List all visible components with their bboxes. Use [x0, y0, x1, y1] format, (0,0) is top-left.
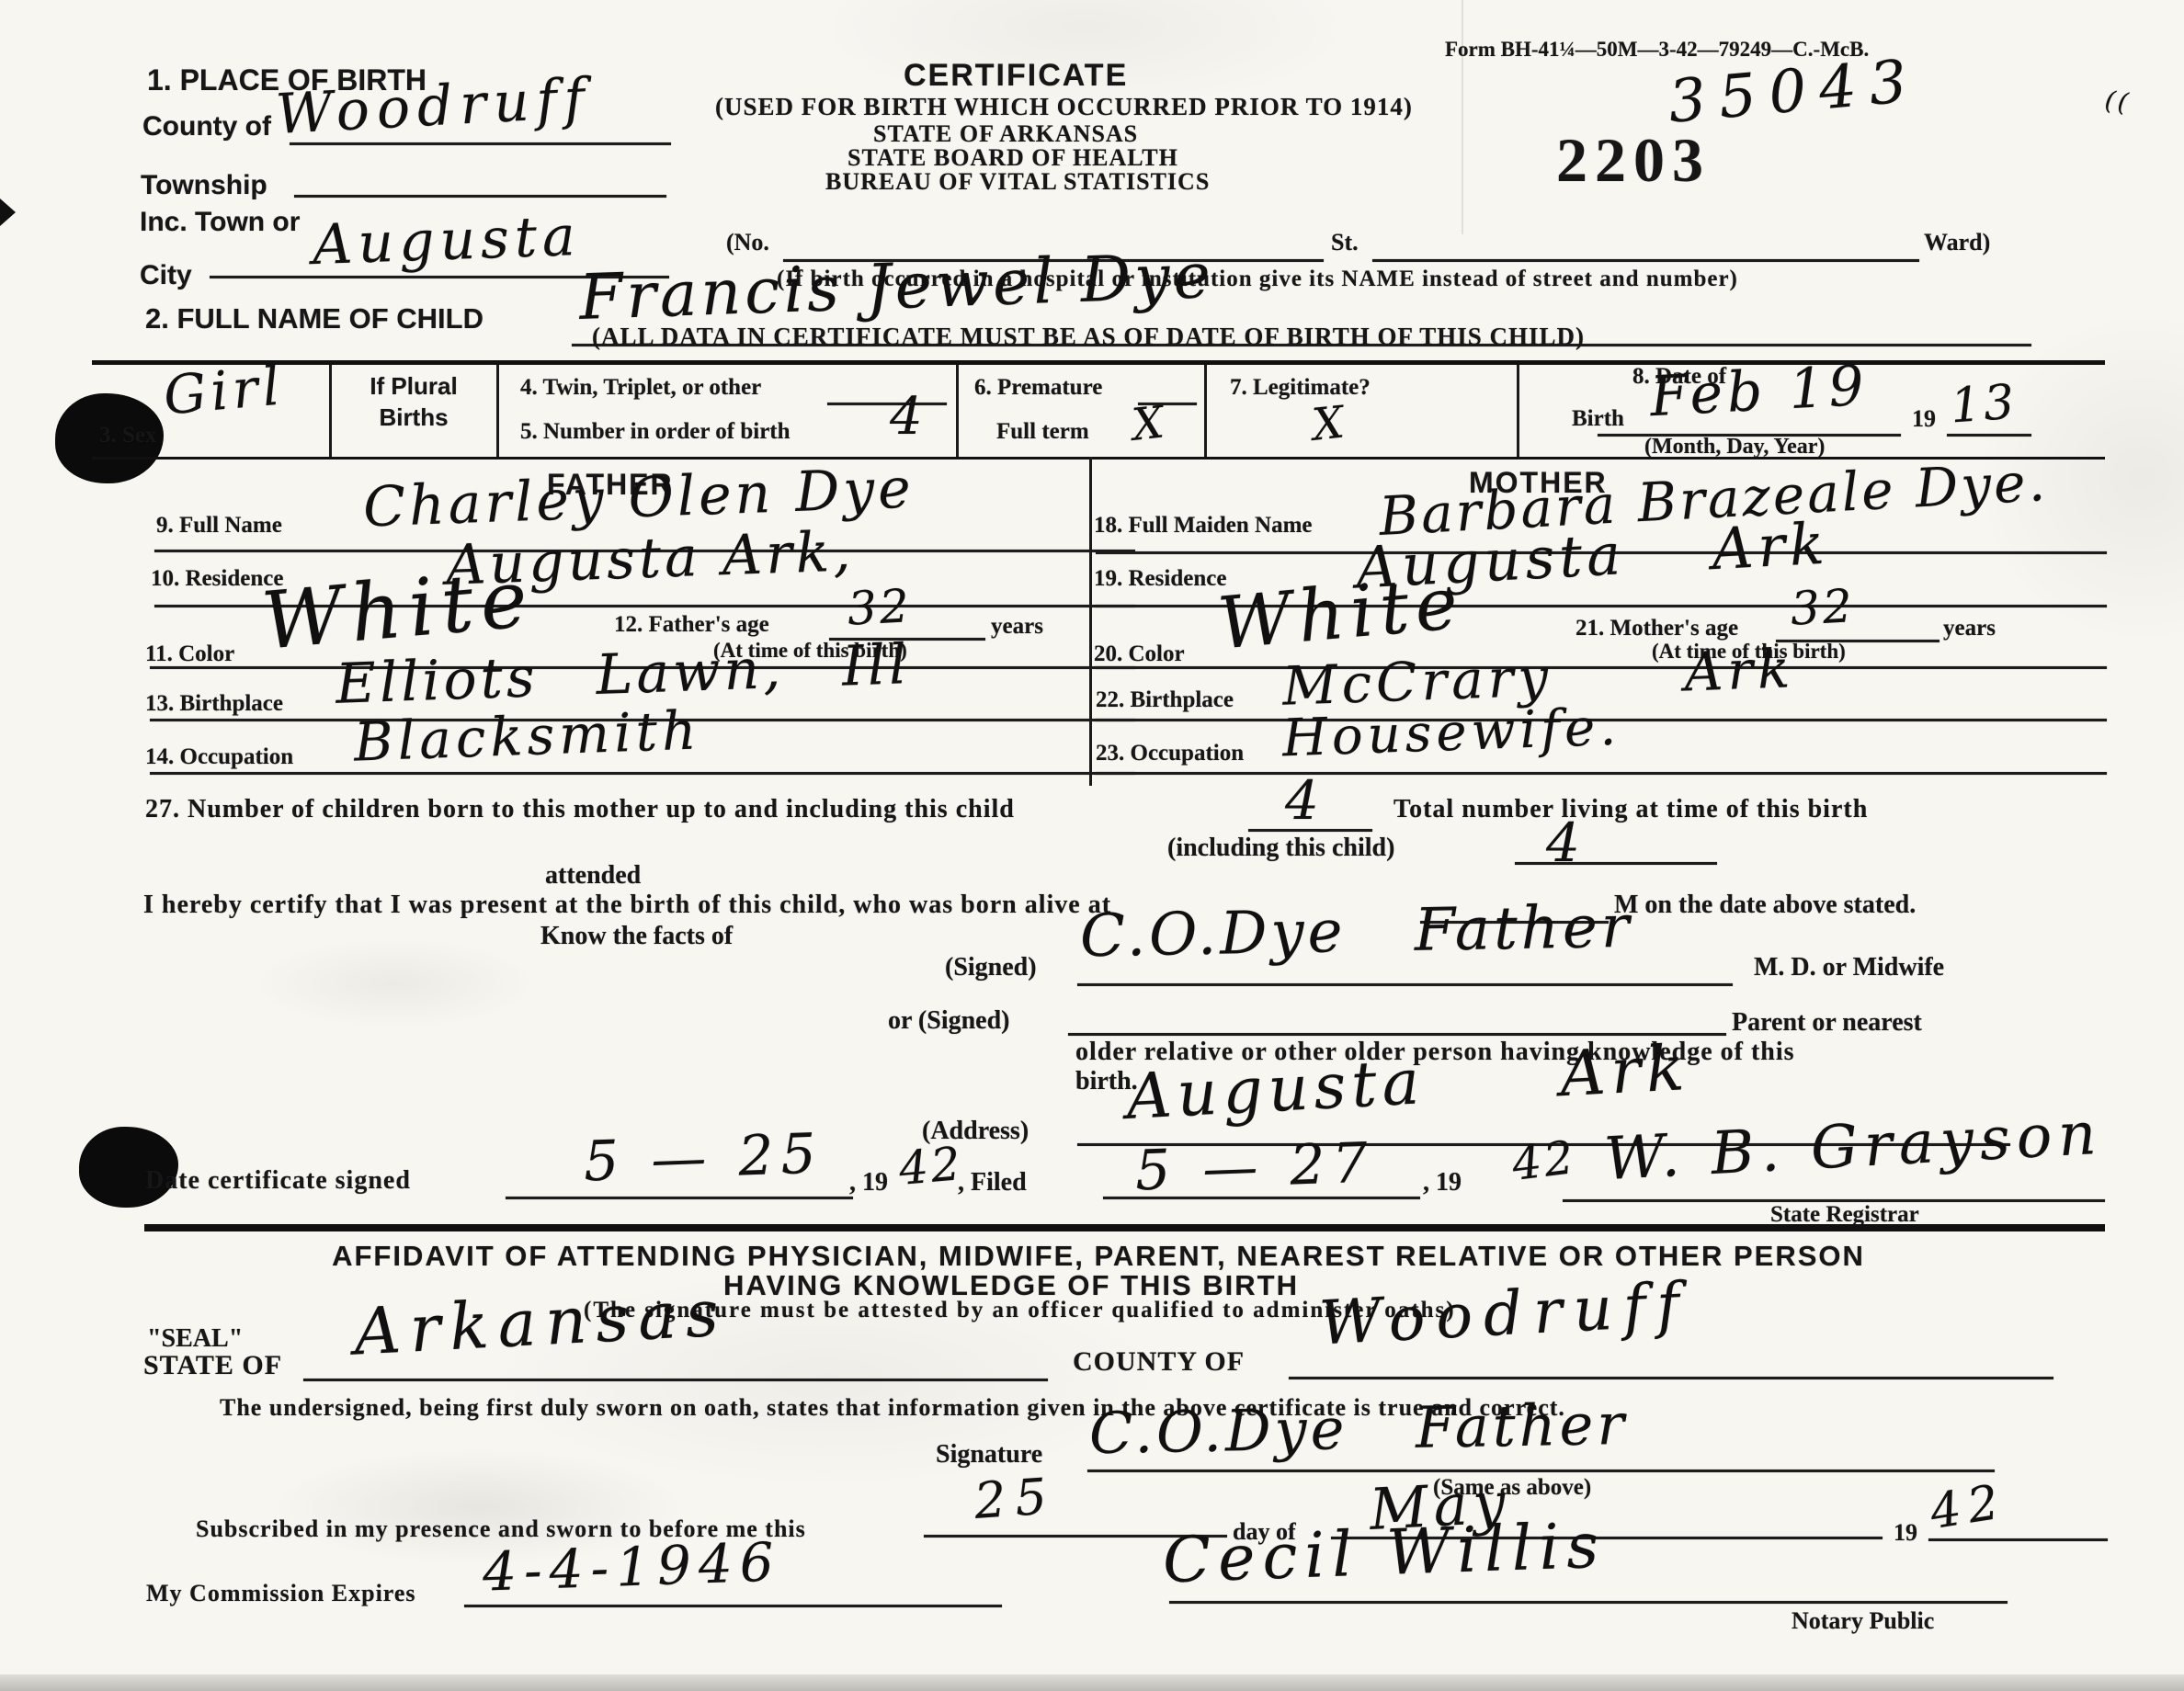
sex-value-handwritten: Girl	[162, 357, 287, 425]
affidavit-heading-line1: AFFIDAVIT OF ATTENDING PHYSICIAN, MIDWIF…	[147, 1241, 2050, 1271]
father-age-handwritten: 32	[847, 581, 913, 634]
filed-year-handwritten: 42	[1509, 1132, 1579, 1189]
children-count-underline	[1248, 829, 1372, 832]
child-name-handwritten: Francis Jewel Dye	[578, 243, 1215, 333]
birth-year-prefix: 19	[1912, 406, 1936, 432]
relative-note-line1: Parent or nearest	[1732, 1009, 1922, 1037]
subscribed-year-handwritten: 42	[1927, 1476, 2009, 1538]
filed-date-underline	[1103, 1197, 1420, 1199]
notary-signature-handwritten: Cecil Willis	[1162, 1513, 1607, 1595]
birth-order-value-handwritten: 4	[890, 390, 926, 445]
grid-cell-divider	[956, 365, 959, 457]
mother-color-label: 20. Color	[1094, 641, 1185, 666]
county-value-handwritten: Woodruff	[275, 69, 594, 145]
mother-age-handwritten: 32	[1790, 581, 1856, 634]
city-value-handwritten: Augusta	[312, 207, 582, 276]
children-count-handwritten: 4	[1285, 772, 1322, 830]
county-of-underline	[1289, 1377, 2053, 1379]
birth-year-handwritten: 13	[1949, 377, 2019, 433]
state-registrar-label: State Registrar	[1770, 1202, 1919, 1227]
full-term-label: Full term	[996, 419, 1089, 444]
date-signed-year-prefix: , 19	[849, 1169, 888, 1197]
grid-cell-divider	[496, 365, 499, 457]
filed-date-handwritten: 5 — 27	[1134, 1133, 1376, 1201]
premature-label: 6. Premature	[974, 375, 1102, 400]
child-name-label: 2. FULL NAME OF CHILD	[145, 303, 483, 334]
seal-label: "SEAL"	[147, 1325, 243, 1353]
affidavit-signature-handwritten: C.O.Dye Father	[1088, 1394, 1628, 1465]
affidavit-heavy-rule	[144, 1224, 2105, 1231]
scan-edge-arrow-mark	[0, 199, 16, 226]
or-signed-label: or (Signed)	[888, 1007, 1010, 1035]
mother-occupation-handwritten: Housewife.	[1281, 700, 1621, 767]
twin-triplet-label: 4. Twin, Triplet, or other	[520, 375, 761, 400]
certificate-stamp-number: 2203	[1556, 127, 1711, 194]
full-term-mark-handwritten: X	[1130, 399, 1168, 449]
plural-births-label-line1: If Plural	[333, 373, 495, 399]
legitimate-mark-handwritten: X	[1310, 399, 1348, 449]
all-data-note: (ALL DATA IN CERTIFICATE MUST BE AS OF D…	[592, 323, 1585, 350]
state-of-label: STATE OF	[143, 1351, 282, 1380]
twin-underline	[827, 403, 947, 405]
date-signed-year-handwritten: 42	[897, 1139, 965, 1194]
birth-certificate-scan: 1. PLACE OF BIRTH County of Woodruff Tow…	[0, 0, 2184, 1691]
father-occupation-label: 14. Occupation	[145, 744, 293, 769]
state-of-underline	[303, 1379, 1048, 1381]
mother-color-handwritten: White	[1215, 564, 1467, 663]
state-of-arkansas-line: STATE OF ARKANSAS	[873, 121, 1138, 147]
no-label: (No.	[726, 230, 769, 255]
parent-columns-divider	[1089, 457, 1092, 786]
children-count-label: 27. Number of children born to this moth…	[145, 796, 1015, 823]
date-signed-label: Date certificate signed	[145, 1167, 411, 1195]
birth-date-handwritten: Feb 19	[1648, 357, 1870, 427]
notary-public-label: Notary Public	[1792, 1608, 1934, 1634]
subscribed-year-underline	[1928, 1538, 2108, 1541]
file-number-handwritten: 35043	[1666, 50, 1923, 135]
know-facts-line: Know the facts of	[540, 923, 733, 950]
father-name-label: 9. Full Name	[156, 513, 282, 538]
mother-residence-label: 19. Residence	[1094, 566, 1226, 591]
mother-age-label: 21. Mother's age	[1575, 616, 1738, 641]
signed-underline	[1077, 983, 1733, 986]
attended-insertion: attended	[545, 862, 641, 890]
county-underline	[290, 142, 671, 145]
bureau-line: BUREAU OF VITAL STATISTICS	[825, 169, 1210, 195]
st-label: St.	[1331, 230, 1359, 255]
notary-signature-underline	[1169, 1601, 2008, 1604]
father-age-label: 12. Father's age	[614, 612, 769, 637]
registrar-signature-handwritten: W. B. Grayson	[1603, 1103, 2104, 1192]
certify-statement: I hereby certify that I was present at t…	[143, 891, 1111, 919]
commission-date-underline	[464, 1605, 1002, 1607]
children-living-label-2: (including this child)	[1167, 834, 1394, 862]
city-label: City	[140, 261, 192, 290]
children-living-label: Total number living at time of this birt…	[1393, 796, 1868, 823]
scan-bottom-edge	[0, 1674, 2184, 1691]
subscribed-year-prefix: 19	[1894, 1520, 1917, 1546]
signed-label: (Signed)	[945, 954, 1037, 982]
county-of-label: COUNTY OF	[1073, 1347, 1245, 1377]
sex-label: 3. Sex	[99, 423, 157, 448]
plural-births-label-line2: Births	[333, 404, 495, 430]
grid-cell-divider	[1204, 365, 1207, 457]
state-of-handwritten: Arkansas	[352, 1278, 729, 1368]
commission-expires-label: My Commission Expires	[146, 1581, 416, 1606]
inc-town-label: Inc. Town or	[140, 208, 300, 237]
file-number-mark: ((	[2103, 86, 2133, 118]
subscribed-day-handwritten: 25	[973, 1470, 1058, 1528]
grid-cell-divider	[1517, 365, 1519, 457]
ward-label: Ward)	[1924, 230, 1990, 255]
father-occupation-underline	[150, 772, 1135, 775]
certificate-title: CERTIFICATE	[904, 59, 1128, 93]
signature-label: Signature	[936, 1441, 1042, 1469]
county-label: County of	[142, 112, 271, 142]
state-board-line: STATE BOARD OF HEALTH	[847, 145, 1178, 171]
mother-name-label: 18. Full Maiden Name	[1094, 513, 1313, 538]
township-label: Township	[141, 171, 267, 200]
mother-age-units: years	[1943, 616, 1996, 641]
father-age-units: years	[991, 614, 1043, 639]
father-occupation-handwritten: Blacksmith	[353, 701, 701, 771]
signed-signature-handwritten: C.O.Dye Father	[1079, 896, 1633, 970]
mother-occupation-label: 23. Occupation	[1096, 741, 1244, 766]
date-signed-underline	[506, 1197, 853, 1199]
birth-year-underline	[1947, 434, 2031, 437]
certify-statement-end: M on the date above stated.	[1614, 891, 1916, 919]
mother-birthplace-label: 22. Birthplace	[1096, 687, 1234, 712]
filed-year-prefix: , 19	[1423, 1169, 1462, 1197]
grid-cell-divider	[329, 365, 332, 457]
md-midwife-label: M. D. or Midwife	[1754, 954, 1944, 982]
filed-label: , Filed	[958, 1169, 1027, 1197]
st-underline	[1372, 259, 1919, 262]
father-color-label: 11. Color	[145, 641, 234, 666]
township-underline	[294, 195, 666, 198]
commission-date-handwritten: 4-4-1946	[482, 1533, 782, 1601]
certificate-subtitle: (USED FOR BIRTH WHICH OCCURRED PRIOR TO …	[715, 94, 1413, 120]
paper-crease	[1462, 0, 1463, 234]
date-of-birth-label-2: Birth	[1572, 406, 1624, 431]
mother-occupation-underline	[1096, 772, 2107, 775]
grid-bottom-rule	[92, 457, 2105, 460]
affidavit-signature-underline	[1087, 1470, 1995, 1472]
legitimate-label: 7. Legitimate?	[1230, 375, 1371, 400]
birth-order-label: 5. Number in order of birth	[520, 419, 791, 444]
children-living-underline	[1515, 862, 1717, 865]
date-signed-handwritten: 5 — 25	[583, 1124, 825, 1192]
father-birthplace-label: 13. Birthplace	[145, 691, 283, 716]
